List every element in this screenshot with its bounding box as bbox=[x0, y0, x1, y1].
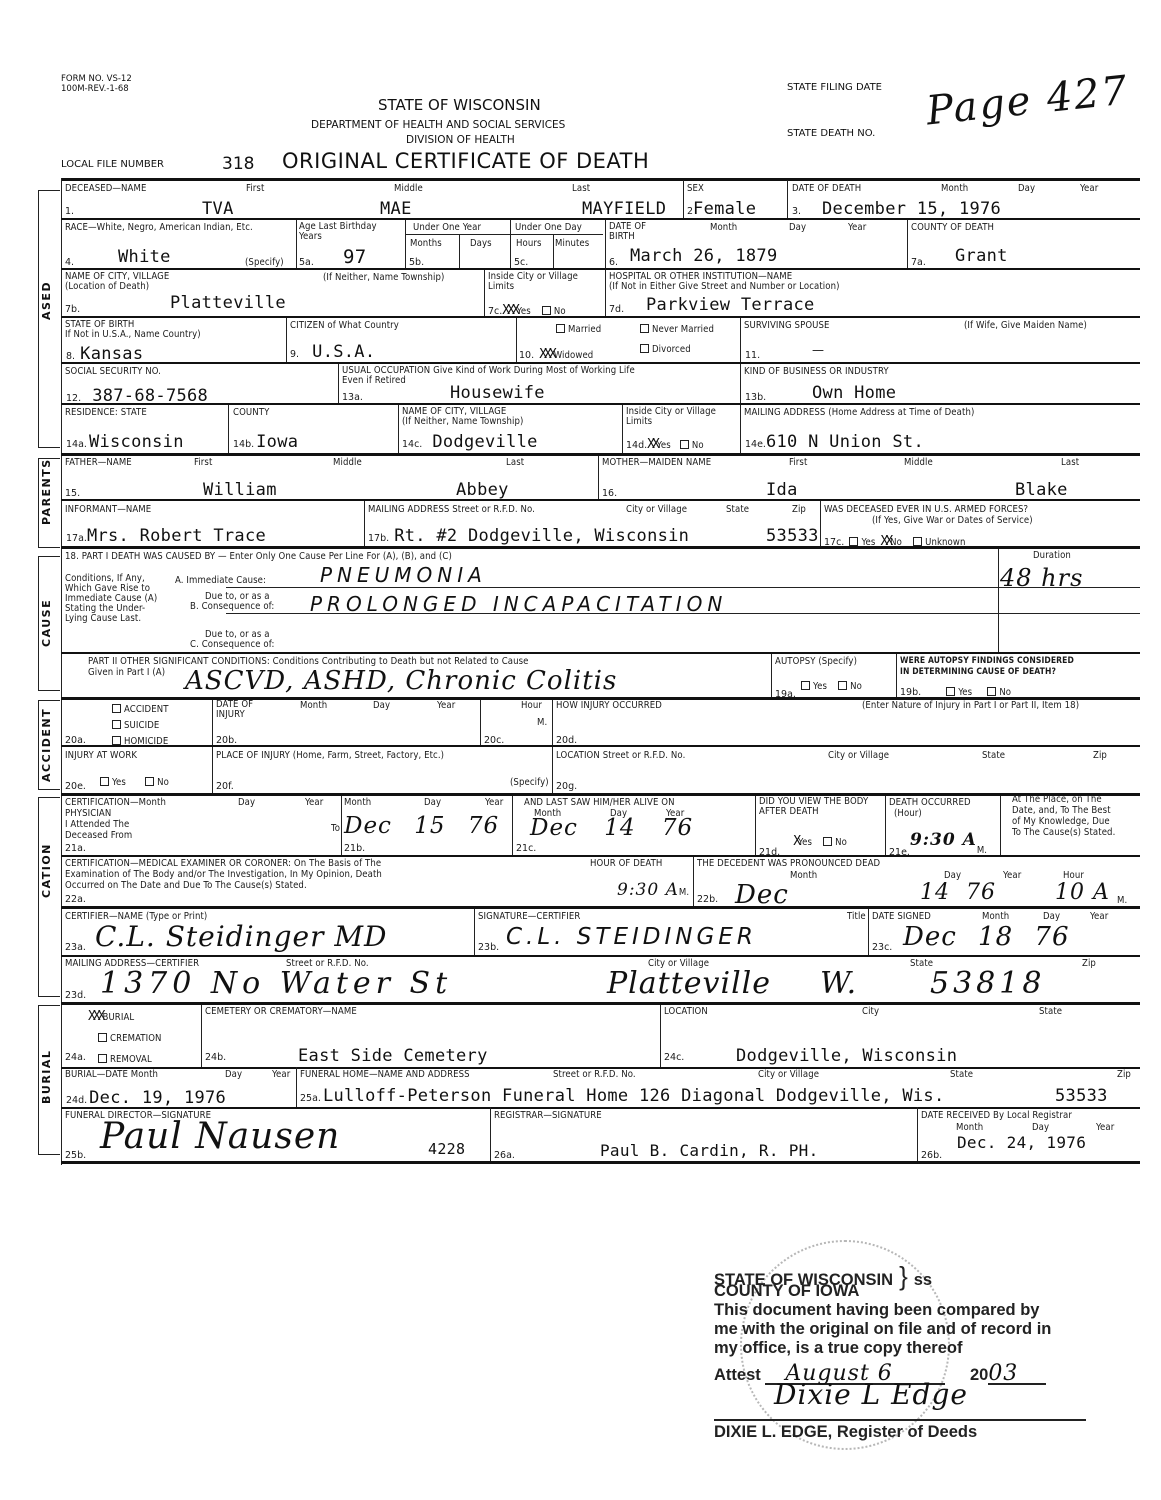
birth-state-value: Kansas bbox=[80, 344, 143, 364]
sex-value: Female bbox=[693, 199, 756, 219]
residence-inside-limits-label: Inside City or Village Limits bbox=[626, 407, 726, 427]
item-16-number: 16. bbox=[602, 488, 617, 499]
injury-at-work-label: INJURY AT WORK bbox=[65, 750, 137, 761]
state-death-no-label: STATE DEATH NO. bbox=[787, 128, 875, 139]
divider bbox=[660, 1005, 661, 1067]
item-24a-number: 24a. bbox=[65, 1052, 86, 1063]
other-conditions-value: ASCVD, ASHD, Chronic Colitis bbox=[185, 666, 617, 696]
last-label: Last bbox=[572, 183, 590, 194]
duration-label: Duration bbox=[1033, 550, 1071, 561]
county-of-death-value: Grant bbox=[955, 246, 1008, 266]
section-divider bbox=[61, 546, 1140, 549]
me-line: Occurred on The Date and Due To The Caus… bbox=[65, 880, 382, 891]
citizen-label: CITIZEN of What Country bbox=[290, 320, 399, 331]
form-top-border bbox=[61, 178, 1140, 181]
item-14a-number: 14a. bbox=[66, 439, 87, 450]
father-first-name: William bbox=[203, 480, 277, 500]
married-option[interactable]: Married bbox=[556, 324, 601, 335]
homicide-checkbox[interactable] bbox=[112, 736, 121, 745]
title-label: Title bbox=[847, 911, 866, 922]
state-filing-date-label: STATE FILING DATE bbox=[787, 82, 882, 93]
divider bbox=[474, 909, 475, 955]
cause-b-label: Due to, or as aB. Consequence of: bbox=[205, 592, 274, 612]
certify-line: At The Place, on The bbox=[1012, 794, 1115, 805]
row-divider bbox=[61, 652, 1140, 654]
divider bbox=[868, 909, 869, 955]
how-injury-label: HOW INJURY OCCURRED bbox=[556, 700, 662, 711]
state-heading: STATE OF WISCONSIN bbox=[378, 96, 541, 114]
divider bbox=[598, 456, 599, 499]
item-23b-number: 23b. bbox=[478, 942, 499, 953]
divider bbox=[740, 318, 741, 362]
me-line: CERTIFICATION—MEDICAL EXAMINER OR CORONE… bbox=[65, 858, 382, 869]
deceased-last-name: MAYFIELD bbox=[582, 199, 666, 219]
autopsy-label: AUTOPSY (Specify) bbox=[775, 656, 857, 667]
page-annotation: Page 427 bbox=[924, 68, 1131, 135]
fh-zip-label: Zip bbox=[1117, 1069, 1131, 1080]
date-received-label: DATE RECEIVED By Local Registrar bbox=[921, 1110, 1072, 1121]
divider bbox=[622, 405, 623, 453]
row-divider bbox=[61, 855, 1140, 857]
burial-location-label: LOCATION bbox=[664, 1006, 708, 1017]
divider bbox=[296, 1067, 297, 1107]
residence-county-value: Iowa bbox=[256, 432, 298, 452]
autopsy-no-checkbox[interactable] bbox=[838, 681, 847, 690]
under-one-year-label: Under One Year bbox=[413, 222, 481, 233]
last-saw-alive-label: AND LAST SAW HIM/HER ALIVE ON bbox=[524, 797, 675, 808]
mailing-address-value: 610 N Union St. bbox=[766, 432, 924, 452]
registrar-value: Paul B. Cardin, R. PH. bbox=[600, 1141, 819, 1160]
armed-forces-sub-label: (If Yes, Give War or Dates of Service) bbox=[872, 515, 1033, 526]
widowed-option[interactable]: 10. XXXWidowed bbox=[519, 343, 593, 362]
injury-location-label: LOCATION Street or R.F.D. No. bbox=[556, 750, 685, 761]
part1-label: 18. PART I DEATH WAS CAUSED BY — Enter O… bbox=[65, 551, 452, 562]
pronounced-year-label: Year bbox=[1003, 870, 1021, 881]
hour-of-death-field: 9:30 AM. bbox=[617, 880, 689, 900]
city-township-note: (If Neither, Name Township) bbox=[323, 272, 444, 283]
residence-county-label: COUNTY bbox=[233, 407, 269, 418]
day-label: Day bbox=[1018, 183, 1035, 194]
divider bbox=[286, 318, 287, 362]
residence-city-field: 14c.Dodgeville bbox=[402, 432, 538, 452]
immediate-cause-value: PNEUMONIA bbox=[320, 563, 487, 587]
fh-state-label: State bbox=[950, 1069, 973, 1080]
divider bbox=[740, 405, 741, 453]
spouse-label: SURVIVING SPOUSE bbox=[744, 320, 830, 331]
residence-city-value: Dodgeville bbox=[432, 432, 537, 452]
how-injury-note: (Enter Nature of Injury in Part I or Par… bbox=[862, 700, 1079, 711]
divider bbox=[228, 405, 229, 453]
divider bbox=[683, 180, 684, 219]
divider bbox=[885, 796, 886, 855]
widowed-label: Widowed bbox=[554, 350, 594, 361]
item-13a-number: 13a. bbox=[342, 392, 363, 403]
disposition-options: XXXBURIAL CREMATION REMOVAL bbox=[88, 1006, 162, 1070]
date-received-value: Dec. 24, 1976 bbox=[957, 1133, 1086, 1152]
to-year-label: Year bbox=[485, 797, 503, 808]
no-label: No bbox=[850, 681, 862, 692]
death-occurred-hour-label: (Hour) bbox=[894, 808, 922, 819]
divider bbox=[740, 364, 741, 403]
funeral-home-field: 25a.Lulloff-Peterson Funeral Home 126 Di… bbox=[300, 1086, 945, 1106]
divider bbox=[459, 234, 460, 268]
findings-label: WERE AUTOPSY FINDINGS CONSIDERED bbox=[900, 656, 1074, 666]
burial-location-value: Dodgeville, Wisconsin bbox=[736, 1046, 957, 1066]
zip-label: Zip bbox=[1082, 958, 1096, 969]
item-7d-number: 7d. bbox=[609, 304, 624, 315]
received-year-label: Year bbox=[1096, 1122, 1114, 1133]
never-married-label: Never Married bbox=[652, 324, 714, 335]
form-left-border bbox=[61, 178, 62, 1165]
last-saw-alive-value: Dec 14 76 bbox=[530, 815, 693, 841]
specify-label: (Specify) bbox=[510, 777, 549, 788]
view-body-field: 21d. XYes No bbox=[759, 830, 847, 858]
attestation-block: STATE OF WISCONSIN}ss COUNTY OF IOWA Thi… bbox=[714, 1267, 1086, 1442]
divider bbox=[917, 1107, 918, 1161]
informant-city-label: City or Village bbox=[626, 504, 687, 515]
physician-sub-labels: PHYSICIAN I Attended The Deceased From bbox=[65, 808, 132, 841]
yes-label: Yes bbox=[657, 440, 671, 451]
divider bbox=[755, 796, 756, 855]
side-label-deceased: ASED bbox=[40, 281, 53, 320]
item-25a-number: 25a. bbox=[300, 1093, 321, 1104]
widowed-mark[interactable]: XXX bbox=[539, 347, 553, 362]
residence-inside-field: 14d.XXYes No bbox=[626, 433, 704, 452]
item-1-number: 1. bbox=[65, 206, 74, 217]
divider bbox=[338, 364, 339, 403]
no-label: No bbox=[157, 777, 169, 788]
divider bbox=[398, 405, 399, 453]
married-checkbox[interactable] bbox=[556, 324, 565, 333]
informant-zip-label: Zip bbox=[792, 504, 806, 515]
attest-ss: ss bbox=[914, 1271, 932, 1289]
citizen-field: 9. U.S.A. bbox=[290, 342, 375, 362]
pronounced-year-value: 76 bbox=[966, 880, 996, 905]
divider bbox=[510, 220, 511, 268]
death-occurred-value: 9:30 A bbox=[910, 830, 977, 850]
phys-sub-line: PHYSICIAN bbox=[65, 808, 132, 819]
cremation-option[interactable]: CREMATION bbox=[98, 1028, 162, 1049]
divorced-label: Divorced bbox=[652, 344, 691, 355]
findings-sub-label: IN DETERMINING CAUSE OF DEATH? bbox=[900, 667, 1056, 677]
inside-limits-label: Inside City or Village Limits bbox=[488, 272, 578, 292]
father-last-name: Abbey bbox=[456, 480, 509, 500]
attest-year-prefix: 20 bbox=[970, 1366, 988, 1384]
father-first-label: First bbox=[194, 457, 212, 468]
hospital-value: Parkview Terrace bbox=[646, 295, 815, 315]
item-21a-number: 21a. bbox=[65, 843, 86, 854]
received-day-label: Day bbox=[1032, 1122, 1049, 1133]
death-occurred-label: DEATH OCCURRED bbox=[889, 797, 971, 808]
item-20g-number: 20g. bbox=[556, 781, 577, 792]
removal-checkbox[interactable] bbox=[98, 1054, 107, 1063]
part2-sub-label: Given in Part I (A) bbox=[88, 667, 165, 678]
mother-first-label: First bbox=[789, 457, 807, 468]
burial-mark[interactable]: XXX bbox=[88, 1009, 102, 1024]
item-24c-number: 24c. bbox=[664, 1052, 684, 1063]
yes-label: Yes bbox=[112, 777, 126, 788]
injury-zip-label: Zip bbox=[1093, 750, 1107, 761]
injury-day-label: Day bbox=[373, 700, 390, 711]
hour-of-death-label: HOUR OF DEATH bbox=[590, 858, 662, 869]
divider bbox=[771, 654, 772, 697]
attest-year-suffix: 03 bbox=[988, 1364, 1046, 1385]
item-4-number: 4. bbox=[65, 257, 74, 268]
residence-inside-no-checkbox[interactable] bbox=[680, 440, 689, 449]
divider bbox=[405, 220, 406, 268]
item-14e-number: 14e. bbox=[745, 439, 766, 450]
father-name-label: FATHER—NAME bbox=[65, 457, 132, 468]
attest-label: Attest bbox=[714, 1366, 761, 1384]
divider bbox=[820, 501, 821, 546]
residence-state-value: Wisconsin bbox=[89, 432, 184, 452]
accident-checkbox[interactable] bbox=[112, 704, 121, 713]
race-label: RACE—White, Negro, American Indian, Etc. bbox=[65, 222, 253, 233]
registrar-label: REGISTRAR—SIGNATURE bbox=[494, 1110, 602, 1121]
divorced-checkbox[interactable] bbox=[640, 344, 649, 353]
section-divider bbox=[61, 906, 1140, 909]
divorced-option[interactable]: Divorced bbox=[640, 344, 691, 355]
certifier-signature: C.L. STEIDINGER bbox=[506, 924, 757, 950]
signed-month-label: Month bbox=[982, 911, 1009, 922]
sex-label: SEX bbox=[687, 183, 704, 194]
work-yes-checkbox[interactable] bbox=[100, 777, 109, 786]
phys-day-label: Day bbox=[238, 797, 255, 808]
phys-year-label: Year bbox=[305, 797, 323, 808]
division-heading: DIVISION OF HEALTH bbox=[406, 134, 515, 146]
injury-month-label: Month bbox=[300, 700, 327, 711]
burial-city-label: City bbox=[862, 1006, 879, 1017]
certifier-name-value: C.L. Steidinger MD bbox=[95, 920, 388, 953]
year-label: Year bbox=[1080, 183, 1098, 194]
to-day-label: Day bbox=[424, 797, 441, 808]
phys-sub-line: Deceased From bbox=[65, 830, 132, 841]
informant-name-label: INFORMANT—NAME bbox=[65, 504, 151, 515]
findings-no-checkbox[interactable] bbox=[987, 687, 996, 696]
divider bbox=[605, 220, 606, 268]
certify-statement: At The Place, on The Date, and, To The B… bbox=[1012, 794, 1115, 838]
department-heading: DEPARTMENT OF HEALTH AND SOCIAL SERVICES bbox=[311, 119, 565, 131]
business-value: Own Home bbox=[812, 383, 896, 403]
pronounced-hour-value: 10 A bbox=[1055, 880, 1110, 905]
injury-date-label: DATE OF INJURY bbox=[216, 700, 261, 720]
divider bbox=[480, 700, 481, 745]
cremation-label: CREMATION bbox=[110, 1033, 162, 1044]
pronounced-dead-label: THE DECEDENT WAS PRONOUNCED DEAD bbox=[697, 858, 880, 869]
hospital-label: HOSPITAL OR OTHER INSTITUTION—NAME(If No… bbox=[609, 272, 840, 292]
item-20f-number: 20f. bbox=[216, 781, 234, 792]
m-label: M. bbox=[1117, 895, 1127, 906]
side-label-burial: BURIAL bbox=[40, 1050, 53, 1104]
armed-unknown-checkbox[interactable] bbox=[913, 537, 922, 546]
phys-sub-line: I Attended The bbox=[65, 819, 132, 830]
side-label-parents: PARENTS bbox=[40, 458, 53, 525]
mother-middle-label: Middle bbox=[904, 457, 933, 468]
to-month-label: Month bbox=[344, 797, 371, 808]
date-of-death-label: DATE OF DEATH bbox=[792, 183, 861, 194]
informant-mailing-value: Rt. #2 Dodgeville, Wisconsin bbox=[394, 526, 689, 546]
item-14d-number: 14d. bbox=[626, 440, 647, 451]
item-23c-number: 23c. bbox=[872, 942, 892, 953]
suicide-option[interactable]: SUICIDE bbox=[112, 718, 169, 734]
suicide-checkbox[interactable] bbox=[112, 720, 121, 729]
row-divider bbox=[61, 218, 1140, 220]
divider bbox=[907, 220, 908, 268]
accident-label: ACCIDENT bbox=[124, 704, 169, 715]
item-9-number: 9. bbox=[290, 349, 299, 360]
inside-limits-no-checkbox[interactable] bbox=[542, 306, 551, 315]
cause-c-label-2: C. Consequence of: bbox=[190, 640, 275, 650]
item-11-number: 11. bbox=[745, 350, 760, 361]
informant-state-label: State bbox=[726, 504, 749, 515]
place-of-injury-label: PLACE OF INJURY (Home, Farm, Street, Fac… bbox=[216, 750, 444, 761]
burial-date-field: 24d.Dec. 19, 1976 bbox=[66, 1088, 226, 1108]
attest-body-line: me with the original on file and of reco… bbox=[714, 1320, 1086, 1339]
suicide-label: SUICIDE bbox=[124, 720, 159, 731]
medical-examiner-statement: CERTIFICATION—MEDICAL EXAMINER OR CORONE… bbox=[65, 858, 382, 891]
mother-first-name: Ida bbox=[766, 480, 798, 500]
row-divider bbox=[61, 745, 1140, 747]
dob-month-label: Month bbox=[710, 222, 737, 233]
homicide-option[interactable]: HOMICIDE bbox=[112, 734, 169, 750]
fh-street-label: Street or R.F.D. No. bbox=[553, 1069, 636, 1080]
birth-state-sub-label: If Not in U.S.A., Name Country) bbox=[65, 330, 201, 340]
item-23d-number: 23d. bbox=[65, 990, 86, 1001]
side-label-cause: CAUSE bbox=[40, 599, 53, 647]
divider bbox=[1000, 796, 1001, 855]
item-24b-number: 24b. bbox=[205, 1052, 226, 1063]
date-signed-value: Dec 18 76 bbox=[903, 922, 1070, 952]
divider bbox=[490, 1107, 491, 1161]
register-signature: Dixie L Edge bbox=[774, 1385, 1086, 1419]
informant-field: 17a.Mrs. Robert Trace bbox=[66, 526, 266, 546]
immediate-cause-label: A. Immediate Cause: bbox=[175, 575, 266, 586]
certifier-state-value: W. bbox=[820, 966, 857, 1001]
divider bbox=[998, 549, 999, 654]
divider bbox=[341, 796, 342, 855]
removal-label: REMOVAL bbox=[110, 1054, 152, 1065]
age-label: Age Last BirthdayYears bbox=[299, 222, 377, 242]
city-value: Platteville bbox=[170, 293, 286, 313]
row-divider bbox=[61, 403, 1140, 405]
divider bbox=[693, 857, 694, 906]
item-22a-number: 22a. bbox=[65, 894, 86, 905]
date-of-death-value: December 15, 1976 bbox=[822, 199, 1001, 219]
burial-day-label: Day bbox=[225, 1069, 242, 1080]
attended-to-value: Dec 15 76 bbox=[344, 813, 499, 839]
certifier-city-value: Platteville bbox=[607, 966, 771, 1001]
certify-line: of My Knowledge, Due bbox=[1012, 816, 1115, 827]
findings-yes-checkbox[interactable] bbox=[946, 687, 955, 696]
item-6-number: 6. bbox=[609, 257, 618, 268]
citizen-value: U.S.A. bbox=[312, 342, 375, 362]
pronounced-month-label: Month bbox=[790, 870, 817, 881]
father-last-label: Last bbox=[506, 457, 524, 468]
occupation-value: Housewife bbox=[450, 383, 545, 403]
informant-zip-value: 53533 bbox=[766, 526, 819, 546]
sex-field: 2Female bbox=[687, 199, 756, 219]
me-line: Examination of The Body and/or The Inves… bbox=[65, 869, 382, 880]
county-of-death-label: COUNTY OF DEATH bbox=[911, 222, 994, 233]
divider bbox=[896, 654, 897, 697]
age-value: 97 bbox=[343, 246, 366, 268]
item-5b-number: 5b. bbox=[409, 257, 424, 268]
attest-body-line: This document having been compared by bbox=[714, 1301, 1086, 1320]
view-body-no-checkbox[interactable] bbox=[823, 837, 832, 846]
never-married-option[interactable]: Never Married bbox=[640, 324, 714, 335]
item-26a-number: 26a. bbox=[494, 1150, 515, 1161]
spouse-note: (If Wife, Give Maiden Name) bbox=[964, 320, 1087, 331]
divider bbox=[405, 234, 603, 235]
accident-option[interactable]: ACCIDENT bbox=[112, 702, 169, 718]
row-divider bbox=[61, 316, 1140, 318]
hour-of-death-value: 9:30 A bbox=[617, 880, 679, 900]
item-22b-number: 22b. bbox=[697, 894, 718, 905]
certifier-street-value: 1370 No Water St bbox=[100, 966, 452, 1001]
section-divider bbox=[61, 793, 1140, 796]
divider bbox=[605, 270, 606, 316]
item-14b-number: 14b. bbox=[233, 439, 254, 450]
cause-c-label: Due to, or as aC. Consequence of: bbox=[205, 630, 275, 650]
certificate-title: ORIGINAL CERTIFICATE OF DEATH bbox=[282, 149, 649, 173]
row-divider bbox=[61, 268, 1140, 270]
residence-inside-yes-mark[interactable]: XX bbox=[647, 437, 657, 452]
injury-state-label: State bbox=[982, 750, 1005, 761]
burial-year-label: Year bbox=[272, 1069, 290, 1080]
deceased-name-label: DECEASED—NAME bbox=[65, 183, 146, 194]
autopsy-yes-checkbox[interactable] bbox=[801, 681, 810, 690]
mailing-address-field: 14e.610 N Union St. bbox=[745, 432, 924, 452]
date-of-birth-label: DATE OF BIRTH bbox=[609, 222, 669, 242]
burial-option[interactable]: XXXBURIAL bbox=[88, 1006, 162, 1028]
funeral-home-label: FUNERAL HOME—NAME AND ADDRESS bbox=[300, 1069, 470, 1080]
line-b bbox=[226, 613, 1140, 614]
birth-state-field: 8. Kansas bbox=[66, 344, 143, 364]
yes-label: Yes bbox=[798, 837, 812, 848]
months-label: Months bbox=[410, 238, 442, 249]
burial-state-label: State bbox=[1039, 1006, 1062, 1017]
informant-value: Mrs. Robert Trace bbox=[87, 526, 266, 546]
item-23a-number: 23a. bbox=[65, 942, 86, 953]
burial-date-value: Dec. 19, 1976 bbox=[89, 1088, 226, 1108]
mother-last-label: Last bbox=[1061, 457, 1079, 468]
dob-year-label: Year bbox=[848, 222, 866, 233]
fh-city-label: City or Village bbox=[758, 1069, 819, 1080]
form-bottom-border bbox=[61, 1161, 1140, 1164]
burial-date-label: BURIAL—DATE Month bbox=[65, 1069, 158, 1080]
item-10-number: 10. bbox=[519, 350, 534, 361]
divider bbox=[512, 796, 513, 855]
armed-yes-checkbox[interactable] bbox=[849, 537, 858, 546]
never-married-checkbox[interactable] bbox=[640, 324, 649, 333]
item-26b-number: 26b. bbox=[921, 1150, 942, 1161]
married-label: Married bbox=[568, 324, 601, 335]
item-21b-number: 21b. bbox=[344, 843, 365, 854]
local-file-number: 318 bbox=[222, 154, 254, 174]
item-24d-number: 24d. bbox=[66, 1095, 87, 1106]
certify-line: Date, and, To The Best bbox=[1012, 805, 1115, 816]
residence-city-sub-label: (If Neither, Name Township) bbox=[402, 417, 523, 427]
yes-label: Yes bbox=[813, 681, 827, 692]
work-no-checkbox[interactable] bbox=[145, 777, 154, 786]
signed-year-label: Year bbox=[1090, 911, 1108, 922]
received-month-label: Month bbox=[956, 1122, 983, 1133]
ssn-label: SOCIAL SECURITY NO. bbox=[65, 366, 161, 377]
cremation-checkbox[interactable] bbox=[98, 1033, 107, 1042]
signed-day-label: Day bbox=[1043, 911, 1060, 922]
race-value: White bbox=[118, 247, 171, 267]
register-of-deeds: DIXIE L. EDGE, Register of Deeds bbox=[714, 1419, 1086, 1442]
